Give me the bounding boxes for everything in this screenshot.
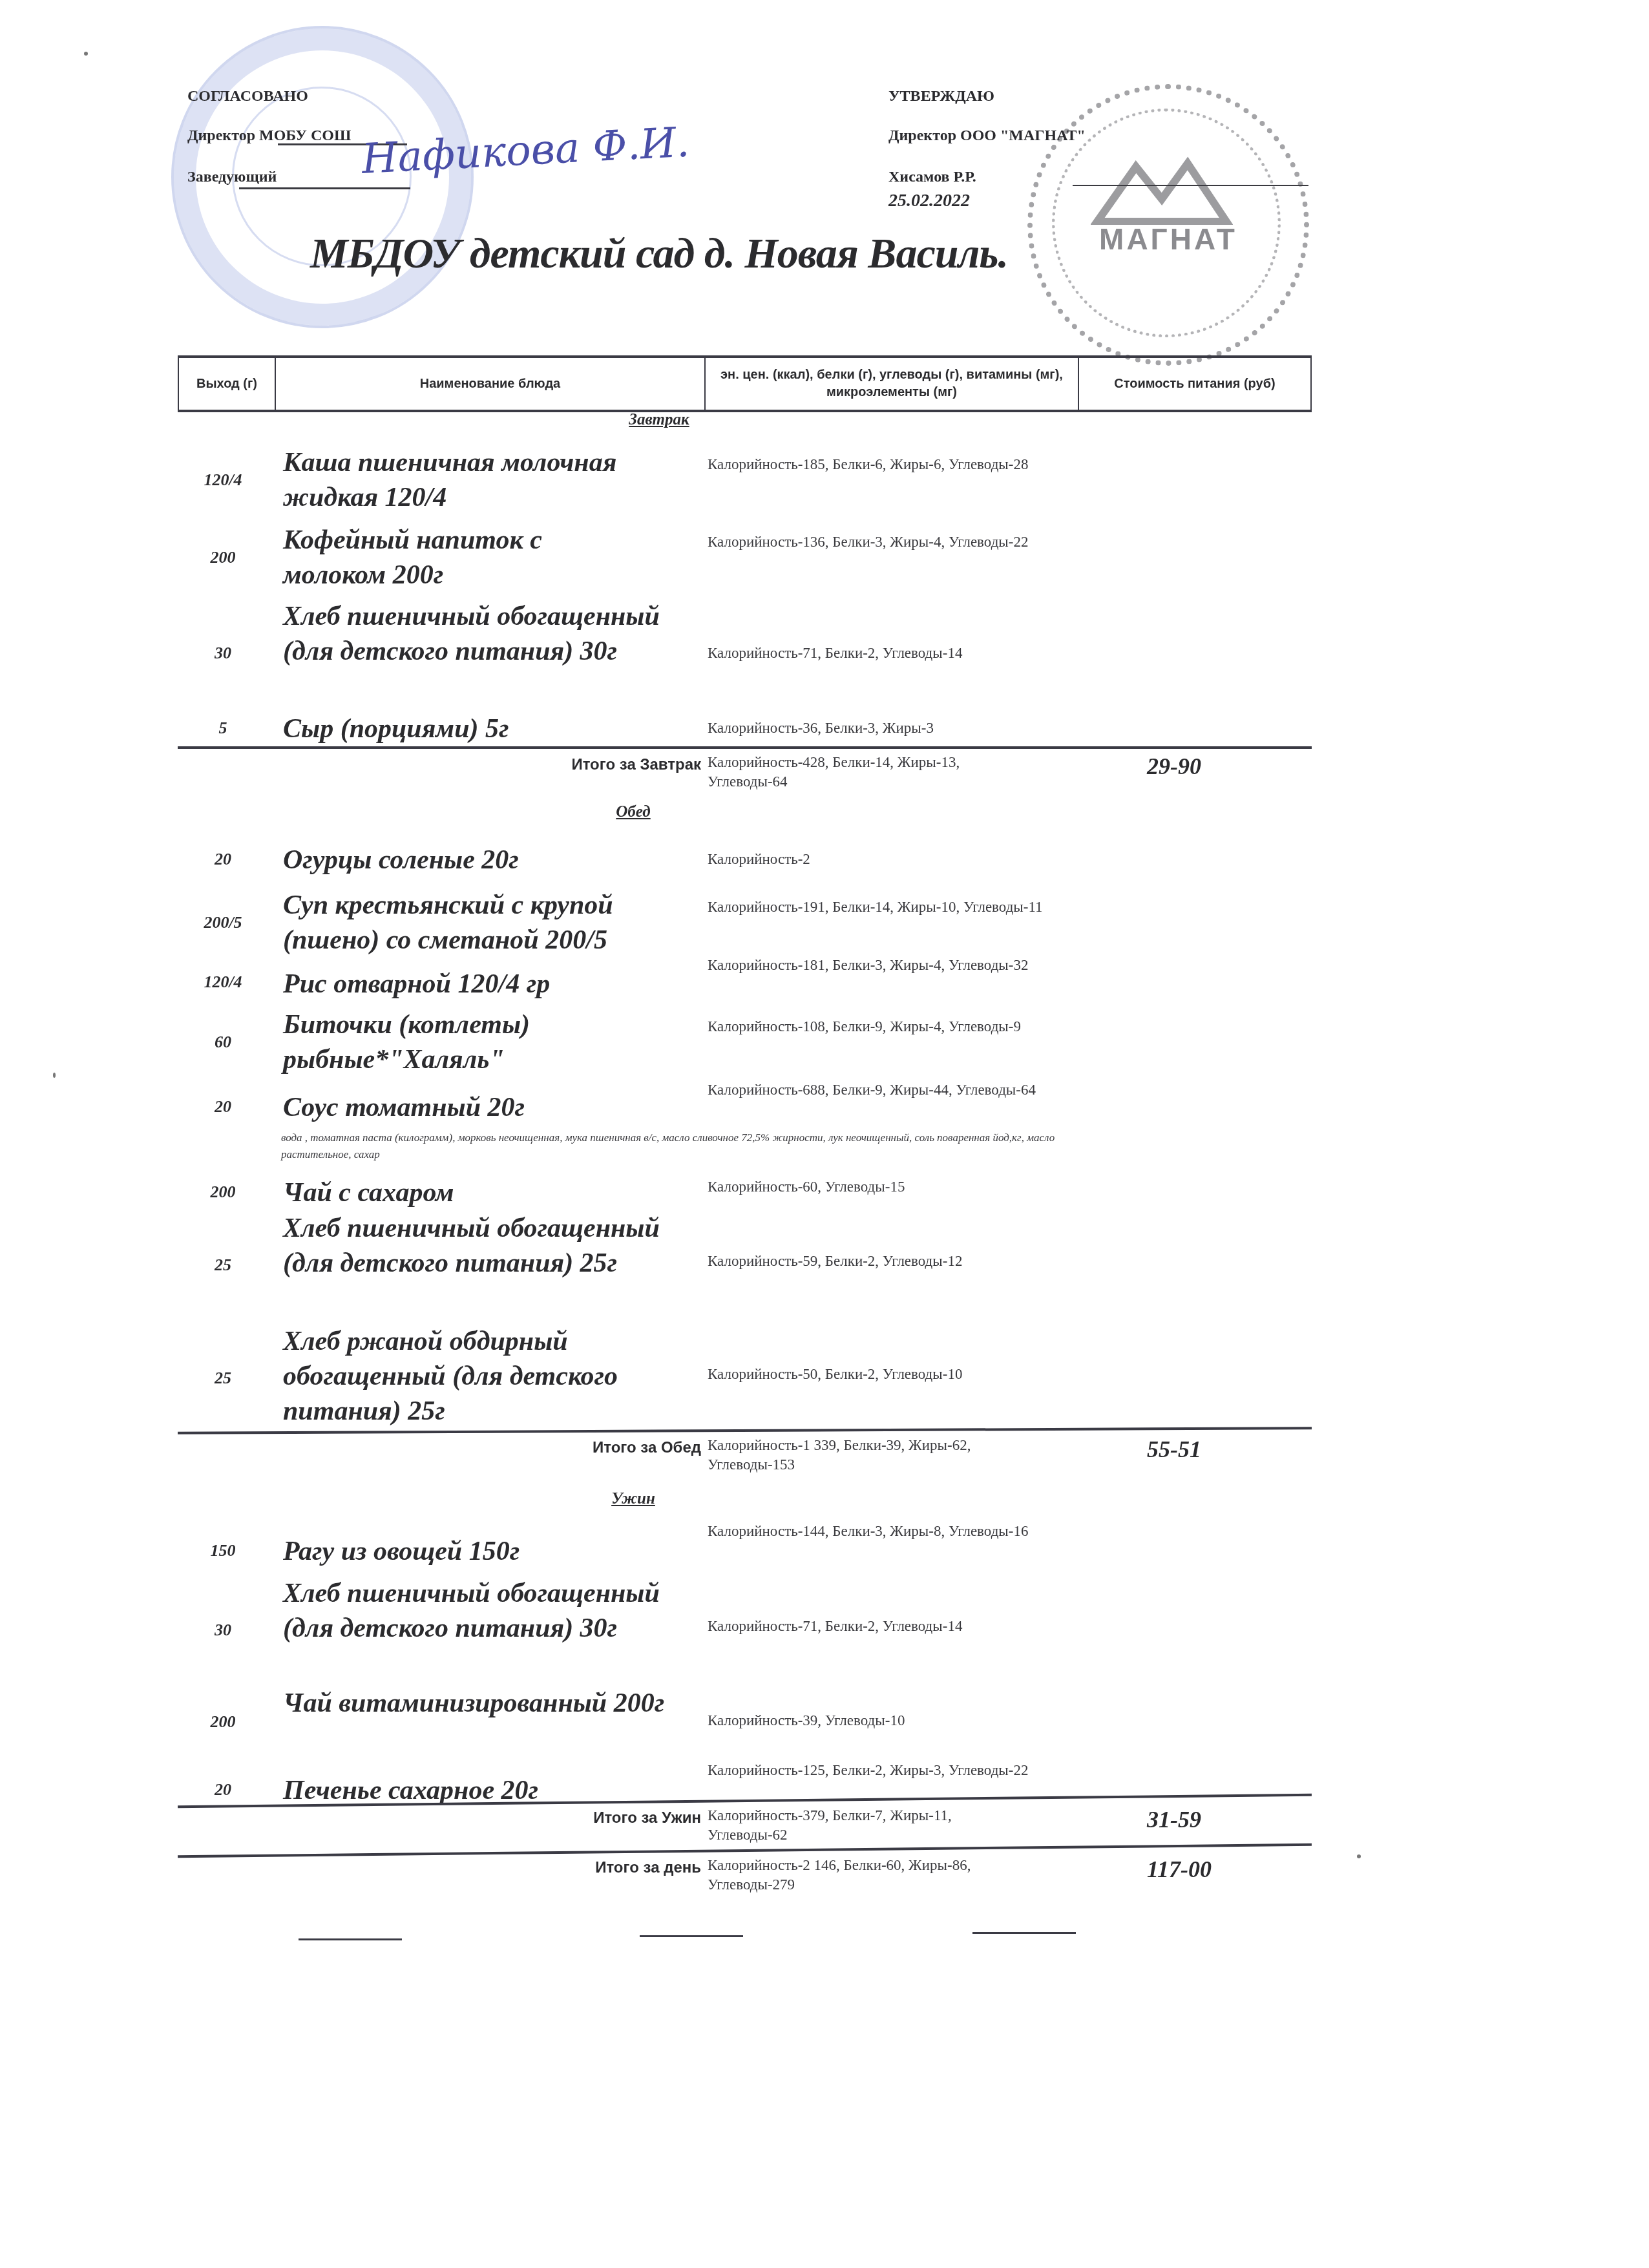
- item-name: Рагу из овощей 150г: [283, 1535, 697, 1570]
- col-name: Наименование блюда: [275, 358, 704, 410]
- footer-signature-line: [640, 1935, 743, 1937]
- total-cost: 55-51: [1147, 1436, 1201, 1463]
- item-name: Рис отварной 120/4 гр: [283, 967, 697, 1002]
- item-name: Соус томатный 20г: [283, 1091, 697, 1126]
- approve-heading: УТВЕРЖДАЮ: [888, 89, 994, 104]
- total-label: Итого за Обед: [378, 1439, 701, 1457]
- item-name: Чай с сахаром: [283, 1176, 697, 1211]
- approve-date: 25.02.2022: [888, 192, 970, 210]
- section-title-lunch: Обед: [569, 803, 698, 821]
- item-nutrition: Калорийность-60, Углеводы-15: [708, 1177, 1069, 1197]
- signature-line: [1073, 185, 1308, 186]
- total-nutrition: Калорийность-379, Белки-7, Жиры-11, Угле…: [708, 1806, 1031, 1845]
- item-nutrition: Калорийность-36, Белки-3, Жиры-3: [708, 719, 1069, 738]
- company-stamp: МАГНАТ: [1027, 84, 1309, 366]
- agreed-director: Директор МОБУ СОШ: [187, 128, 351, 143]
- item-qty: 25: [178, 1369, 268, 1388]
- section-title-breakfast: Завтрак: [594, 411, 724, 429]
- divider: [178, 746, 1312, 749]
- item-name: Сыр (порциями) 5г: [283, 712, 697, 747]
- approve-name: Хисамов Р.Р.: [888, 169, 976, 185]
- stamp-brand: МАГНАТ: [1033, 222, 1304, 257]
- item-nutrition: Калорийность-50, Белки-2, Углеводы-10: [708, 1365, 1069, 1384]
- sauce-ingredients: вода , томатная паста (килограмм), морко…: [281, 1129, 1089, 1164]
- signature-line: [239, 187, 410, 189]
- item-qty: 25: [178, 1255, 268, 1275]
- item-nutrition: Калорийность-144, Белки-3, Жиры-8, Углев…: [708, 1522, 1069, 1541]
- item-nutrition: Калорийность-185, Белки-6, Жиры-6, Углев…: [708, 455, 1069, 474]
- item-qty: 200: [178, 1712, 268, 1732]
- item-nutrition: Калорийность-71, Белки-2, Углеводы-14: [708, 1617, 1069, 1636]
- item-qty: 20: [178, 1097, 268, 1117]
- total-label: Итого за Ужин: [378, 1809, 701, 1827]
- item-name: Каша пшеничная молочная жидкая 120/4: [283, 446, 671, 516]
- total-label: Итого за день: [378, 1859, 701, 1877]
- item-qty: 60: [178, 1033, 268, 1052]
- col-output: Выход (г): [178, 358, 275, 410]
- item-nutrition: Калорийность-59, Белки-2, Углеводы-12: [708, 1252, 1069, 1271]
- footer-signature-line: [299, 1938, 402, 1940]
- item-qty: 120/4: [178, 972, 268, 992]
- item-qty: 20: [178, 1780, 268, 1800]
- item-qty: 200: [178, 548, 268, 567]
- scan-speck: [84, 52, 88, 56]
- item-name: Хлеб пшеничный обогащенный (для детского…: [283, 600, 684, 669]
- item-qty: 200/5: [178, 913, 268, 932]
- total-label: Итого за Завтрак: [378, 756, 701, 774]
- footer-signature-line: [972, 1932, 1076, 1934]
- item-nutrition: Калорийность-688, Белки-9, Жиры-44, Угле…: [708, 1080, 1069, 1100]
- col-nutrition: эн. цен. (ккал), белки (г), углеводы (г)…: [704, 358, 1078, 410]
- section-title-dinner: Ужин: [569, 1490, 698, 1508]
- table-header: Выход (г) Наименование блюда эн. цен. (к…: [178, 355, 1312, 412]
- item-qty: 30: [178, 1621, 268, 1640]
- item-qty: 150: [178, 1541, 268, 1560]
- item-qty: 120/4: [178, 470, 268, 490]
- item-qty: 20: [178, 850, 268, 869]
- item-name: Биточки (котлеты) рыбные*"Халяль": [283, 1008, 574, 1078]
- agreed-head: Заведующий: [187, 169, 277, 185]
- item-nutrition: Калорийность-125, Белки-2, Жиры-3, Углев…: [708, 1761, 1069, 1780]
- page-title: МБДОУ детский сад д. Новая Василь.: [310, 229, 1008, 278]
- agreed-heading: СОГЛАСОВАНО: [187, 89, 308, 104]
- mountain-logo-icon: [1091, 154, 1233, 225]
- item-qty: 30: [178, 644, 268, 663]
- total-nutrition: Калорийность-2 146, Белки-60, Жиры-86, У…: [708, 1856, 1044, 1895]
- total-nutrition: Калорийность-428, Белки-14, Жиры-13, Угл…: [708, 753, 1031, 792]
- item-nutrition: Калорийность-2: [708, 850, 1069, 869]
- col-cost: Стоимость питания (руб): [1078, 358, 1312, 410]
- item-name: Хлеб ржаной обдирный обогащенный (для де…: [283, 1325, 684, 1429]
- item-nutrition: Калорийность-39, Углеводы-10: [708, 1711, 1069, 1730]
- total-cost: 29-90: [1147, 753, 1201, 780]
- item-nutrition: Калорийность-108, Белки-9, Жиры-4, Углев…: [708, 1017, 1069, 1036]
- scan-speck: [53, 1073, 56, 1078]
- item-qty: 5: [178, 719, 268, 738]
- item-nutrition: Калорийность-136, Белки-3, Жиры-4, Углев…: [708, 532, 1069, 552]
- item-nutrition: Калорийность-181, Белки-3, Жиры-4, Углев…: [708, 956, 1069, 975]
- item-name: Хлеб пшеничный обогащенный (для детского…: [283, 1212, 684, 1281]
- item-nutrition: Калорийность-71, Белки-2, Углеводы-14: [708, 644, 1069, 663]
- total-cost: 117-00: [1147, 1856, 1212, 1883]
- scan-speck: [1357, 1854, 1361, 1858]
- item-name: Огурцы соленые 20г: [283, 843, 697, 878]
- item-nutrition: Калорийность-191, Белки-14, Жиры-10, Угл…: [708, 898, 1069, 917]
- total-nutrition: Калорийность-1 339, Белки-39, Жиры-62, У…: [708, 1436, 1044, 1475]
- item-name: Чай витаминизированный 200г: [283, 1686, 684, 1721]
- item-qty: 200: [178, 1182, 268, 1202]
- item-name: Суп крестьянский с крупой (пшено) со сме…: [283, 888, 684, 958]
- item-name: Кофейный напиток с молоком 200г: [283, 523, 606, 593]
- approve-director: Директор ООО "МАГНАТ": [888, 128, 1086, 143]
- total-cost: 31-59: [1147, 1806, 1201, 1833]
- item-name: Хлеб пшеничный обогащенный (для детского…: [283, 1577, 684, 1646]
